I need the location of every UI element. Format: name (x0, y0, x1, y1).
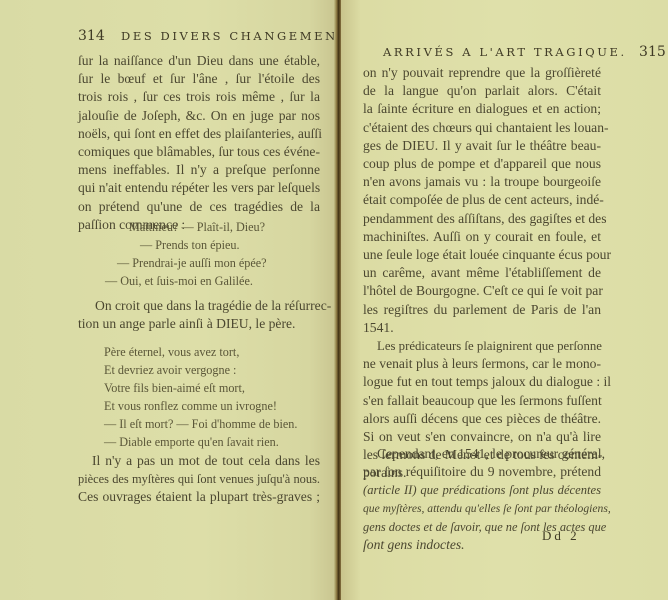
verse-line: Matthieu? — Plaît-il, Dieu? (129, 218, 267, 236)
text-line: c'étaient des chœurs qui chantaient les … (363, 119, 601, 137)
verse-line: — Prendrai-je auſſi mon épée? (117, 254, 267, 272)
text-line: ges de DIEU. Il y avait ſur le théâtre b… (363, 137, 601, 155)
text-line: Il n'y a pas un mot de tout cela dans le… (78, 452, 320, 470)
text-line: que myſtères, attendu qu'elles ſe ſont p… (363, 500, 601, 518)
text-line: ſur le bœuf et ſur l'âne , ſur l'étoile … (78, 70, 320, 88)
text-line: comiques que blâmables, ſur tous ces évé… (78, 143, 320, 161)
left-running-title: DES DIVERS CHANGEMENS (121, 29, 336, 43)
text-line: trois rois , ſur ces trois rois même , ſ… (78, 88, 320, 106)
left-page: 314 DES DIVERS CHANGEMENS ſur la naiſſan… (0, 0, 336, 600)
text-line: Ces ouvrages étaient la plupart très-gra… (78, 488, 320, 506)
text-line: 1541. (363, 319, 601, 337)
text-line: on prétend qu'une de ces tragédies de la (78, 198, 320, 216)
verse-line: Père éternel, vous avez tort, (104, 343, 297, 361)
left-folio: 314 (78, 28, 105, 44)
text-line: On croit que dans la tragédie de la réſu… (78, 297, 320, 315)
text-line: pendamment des aſſiſtans, des gagiſtes e… (363, 210, 601, 228)
text-line: logue fut en tout temps jaloux du dialog… (363, 373, 601, 391)
signature-mark: Dd 2 (542, 528, 580, 544)
text-line: l'hôtel de Bourgogne. C'eſt ce qui ſe vo… (363, 282, 601, 300)
verse-line: — Oui, et ſuis-moi en Galilée. (105, 272, 267, 290)
verse-line: — Diable emporte qu'en ſavait rien. (104, 433, 297, 451)
right-paragraph-1: on n'y pouvait reprendre que la groſſièr… (363, 64, 601, 337)
text-line: tion un ange parle ainſi à DIEU, le père… (78, 315, 320, 333)
left-paragraph-1: ſur la naiſſance d'un Dieu dans une étab… (78, 52, 320, 234)
text-line: pièces des myſtères qui ſont venues juſq… (78, 470, 320, 488)
text-line: jalouſie de Joſeph, &c. On en juge par n… (78, 107, 320, 125)
text-line: noëls, qui ſont en effet des plaiſanteri… (78, 125, 320, 143)
verse-line: Votre fils bien-aimé eſt mort, (104, 379, 297, 397)
verse-line: — Il eſt mort? — Foi d'homme de bien. (104, 415, 297, 433)
left-paragraph-3: Il n'y a pas un mot de tout cela dans le… (78, 452, 320, 507)
text-line: on n'y pouvait reprendre que la groſſièr… (363, 64, 601, 82)
text-line: de la langue qu'on parlait alors. C'étai… (363, 82, 601, 100)
text-line: ne venait plus à leurs ſermons, car le m… (363, 355, 601, 373)
left-paragraph-2: On croit que dans la tragédie de la réſu… (78, 297, 320, 333)
right-folio: 315 (639, 44, 666, 60)
text-line: mens ineffables. Il n'y a preſque perſon… (78, 161, 320, 179)
text-line: ſur la naiſſance d'un Dieu dans une étab… (78, 52, 320, 70)
verse-line: Et vous ronflez comme un ivrogne! (104, 397, 297, 415)
left-verse-2: Père éternel, vous avez tort, Et devriez… (104, 343, 297, 451)
text-line: alors auſſi décens que ces pièces de thé… (363, 410, 601, 428)
verse-line: Et devriez avoir vergogne : (104, 361, 297, 379)
text-line: n'en avons jamais vu : la troupe bourgeo… (363, 173, 601, 191)
right-page: ARRIVÉS A L'ART TRAGIQUE. 315 on n'y pou… (341, 0, 668, 600)
left-running-head: 314 DES DIVERS CHANGEMENS (78, 28, 336, 44)
text-line: par ſon réquiſitoire du 9 novembre, prét… (363, 463, 601, 481)
text-line: Cependant, en 1541, le procureur général… (363, 445, 601, 463)
text-line: une ſeule loge était louée cinquante écu… (363, 246, 601, 264)
text-line: la ſainte écriture en dialogues et en ac… (363, 100, 601, 118)
text-line: machiniſtes. Auſſi on y courait en foule… (363, 228, 601, 246)
text-line: s'en fallait beaucoup que les ſermons fu… (363, 392, 601, 410)
text-line: Si on veut s'en convaincre, on n'a qu'à … (363, 428, 601, 446)
text-line: les regiſtres du parlement de Paris de l… (363, 301, 601, 319)
left-verse-1: Matthieu? — Plaît-il, Dieu? — Prends ton… (125, 218, 267, 290)
verse-line: — Prends ton épieu. (140, 236, 267, 254)
text-line: un carême, avant même l'établiſſement de (363, 264, 601, 282)
text-line: (article II) que prédications ſont plus … (363, 481, 601, 499)
text-line: qui n'ait entendu répéter les vers par l… (78, 179, 320, 197)
text-line: Les prédicateurs ſe plaignirent que perſ… (363, 337, 601, 355)
text-line: était compoſée de plus de cent acteurs, … (363, 191, 601, 209)
right-running-title: ARRIVÉS A L'ART TRAGIQUE. (383, 45, 627, 59)
right-running-head: ARRIVÉS A L'ART TRAGIQUE. 315 (383, 44, 666, 60)
text-line: coup plus de pompe et d'appareil que nou… (363, 155, 601, 173)
